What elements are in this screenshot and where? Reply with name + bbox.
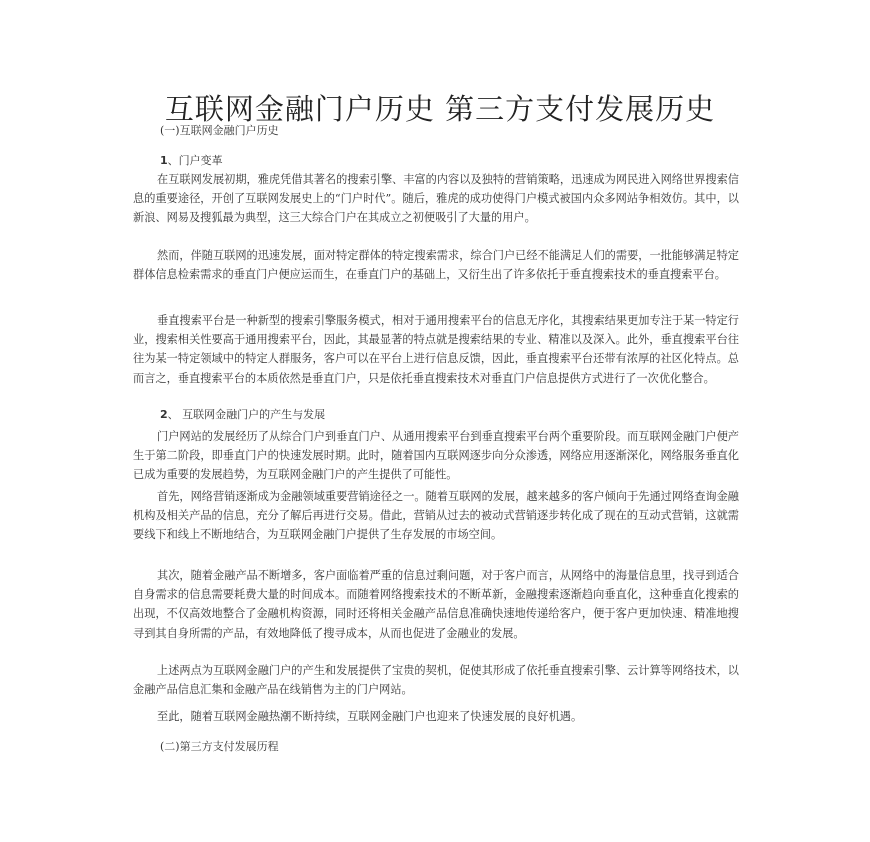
subsection-heading-1: 1、门户变革 bbox=[160, 152, 223, 168]
subsection-title: 、 互联网金融门户的产生与发展 bbox=[168, 408, 326, 421]
paragraph: 上述两点为互联网金融门户的产生和发展提供了宝贵的契机，促使其形成了依托垂直搜索引… bbox=[133, 661, 739, 699]
subsection-number: 1 bbox=[160, 154, 168, 167]
paragraph: 垂直搜索平台是一种新型的搜索引擎服务模式，相对于通用搜索平台的信息无序化，其搜索… bbox=[133, 311, 739, 388]
paragraph: 然而，伴随互联网的迅速发展，面对特定群体的特定搜索需求，综合门户已经不能满足人们… bbox=[133, 246, 739, 284]
paragraph: 门户网站的发展经历了从综合门户到垂直门户、从通用搜索平台到垂直搜索平台两个重要阶… bbox=[133, 427, 739, 485]
paragraph: 其次，随着金融产品不断增多，客户面临着严重的信息过剩问题，对于客户而言，从网络中… bbox=[133, 566, 739, 643]
paragraph: 至此，随着互联网金融热潮不断持续，互联网金融门户也迎来了快速发展的良好机遇。 bbox=[133, 707, 739, 726]
paragraph: 首先，网络营销逐渐成为金融领域重要营销途径之一。随着互联网的发展，越来越多的客户… bbox=[133, 487, 739, 545]
paragraph: 在互联网发展初期，雅虎凭借其著名的搜索引擎、丰富的内容以及独特的营销策略，迅速成… bbox=[133, 170, 739, 228]
subsection-number: 2 bbox=[160, 408, 168, 421]
section-heading-2: (二)第三方支付发展历程 bbox=[160, 738, 279, 754]
section-heading-1: (一)互联网金融门户历史 bbox=[160, 122, 279, 138]
subsection-title: 、门户变革 bbox=[168, 154, 223, 167]
document-page: 互联网金融门户历史 第三方支付发展历史 (一)互联网金融门户历史 1、门户变革 … bbox=[0, 0, 870, 842]
subsection-heading-2: 2、 互联网金融门户的产生与发展 bbox=[160, 406, 325, 422]
